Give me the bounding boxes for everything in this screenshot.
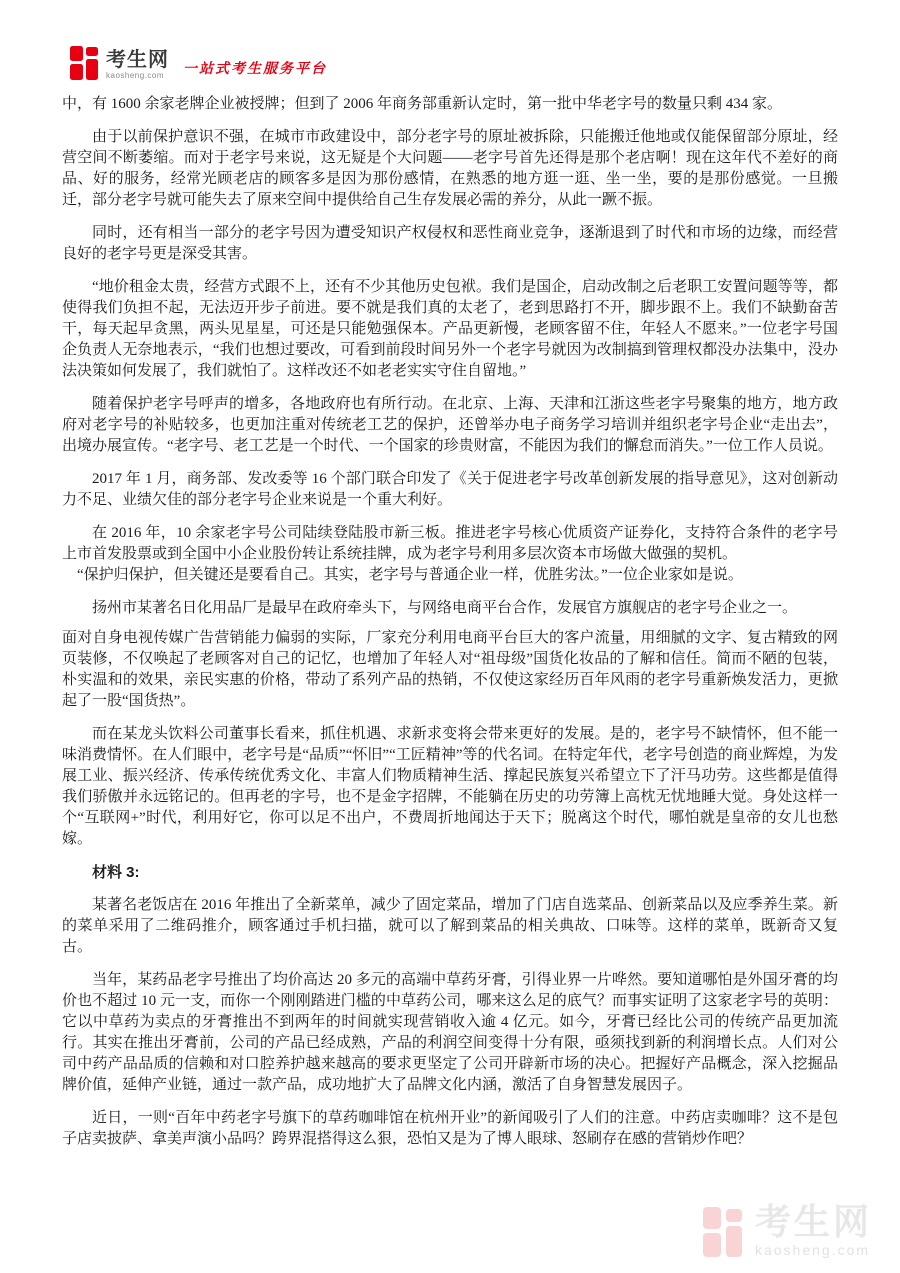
logo-name: 考生网	[106, 50, 169, 70]
paragraph: 2017 年 1 月，商务部、发改委等 16 个部门联合印发了《关于促进老字号改…	[62, 469, 838, 511]
paragraph-continuation: 面对自身电视传媒广告营销能力偏弱的实际，厂家充分利用电商平台巨大的客户流量，用细…	[62, 628, 838, 712]
paragraph: 某著名老饭店在 2016 年推出了全新菜单，减少了固定菜品，增加了门店自选菜品、…	[62, 895, 838, 958]
kaosheng-h-blocks-icon	[70, 46, 100, 80]
watermark-block-right-bottom	[726, 1226, 742, 1257]
section-heading-material-3: 材料 3:	[62, 862, 838, 883]
page-header: 考生网 kaosheng.com 一站式考生服务平台	[0, 0, 900, 92]
kaosheng-logo[interactable]: 考生网 kaosheng.com 一站式考生服务平台	[70, 46, 327, 80]
paragraph: 随着保护老字号呼声的增多，各地政府也有所行动。在北京、上海、天津和江浙这些老字号…	[62, 394, 838, 457]
paragraph: 在 2016 年，10 余家老字号公司陆续登陆股市新三板。推进老字号核心优质资产…	[62, 523, 838, 565]
logo-tagline: 一站式考生服务平台	[183, 58, 327, 80]
document-body: 中，有 1600 余家老牌企业被授牌；但到了 2006 年商务部重新认定时，第一…	[62, 94, 838, 1150]
paragraph-quote: “保护归保护，但关键还是要看自己。其实，老字号与普通企业一样，优胜劣汰。”一位企…	[62, 565, 838, 586]
paragraph-continuation: 中，有 1600 余家老牌企业被授牌；但到了 2006 年商务部重新认定时，第一…	[62, 94, 838, 115]
watermark-block-left-bottom	[703, 1233, 721, 1257]
paragraph: “地价租金太贵，经营方式跟不上，还有不少其他历史包袱。我们是国企，启动改制之后老…	[62, 277, 838, 382]
document-page: 考生网 kaosheng.com 一站式考生服务平台 中，有 1600 余家老牌…	[0, 0, 900, 1273]
logo-block-left-bottom	[70, 64, 83, 80]
kaosheng-watermark: 考生网 kaosheng.com	[703, 1204, 872, 1257]
watermark-block-right-top	[726, 1209, 742, 1222]
watermark-name: 考生网	[755, 1204, 872, 1240]
logo-text: 考生网 kaosheng.com	[106, 50, 169, 80]
paragraph: 同时，还有相当一部分的老字号因为遭受知识产权侵权和恶性商业竞争，逐渐退到了时代和…	[62, 223, 838, 265]
logo-block-right-bottom	[86, 59, 98, 80]
watermark-block-left-top	[703, 1207, 721, 1229]
kaosheng-h-blocks-icon-watermark	[703, 1207, 745, 1257]
paragraph: 而在某龙头饮料公司董事长看来，抓住机遇、求新求变将会带来更好的发展。是的，老字号…	[62, 724, 838, 850]
paragraph: 近日，一则“百年中药老字号旗下的草药咖啡馆在杭州开业”的新闻吸引了人们的注意。中…	[62, 1108, 838, 1150]
logo-domain: kaosheng.com	[106, 72, 169, 80]
paragraph: 由于以前保护意识不强，在城市市政建设中，部分老字号的原址被拆除，只能搬迁他地或仅…	[62, 127, 838, 211]
watermark-domain: kaosheng.com	[755, 1243, 872, 1257]
paragraph: 当年，某药品老字号推出了均价高达 20 多元的高端中草药牙膏，引得业界一片哗然。…	[62, 970, 838, 1096]
paragraph: 扬州市某著名日化用品厂是最早在政府牵头下，与网络电商平台合作，发展官方旗舰店的老…	[62, 598, 838, 619]
watermark-text: 考生网 kaosheng.com	[755, 1204, 872, 1257]
logo-block-right-top	[86, 47, 98, 56]
logo-block-left-top	[70, 46, 83, 61]
